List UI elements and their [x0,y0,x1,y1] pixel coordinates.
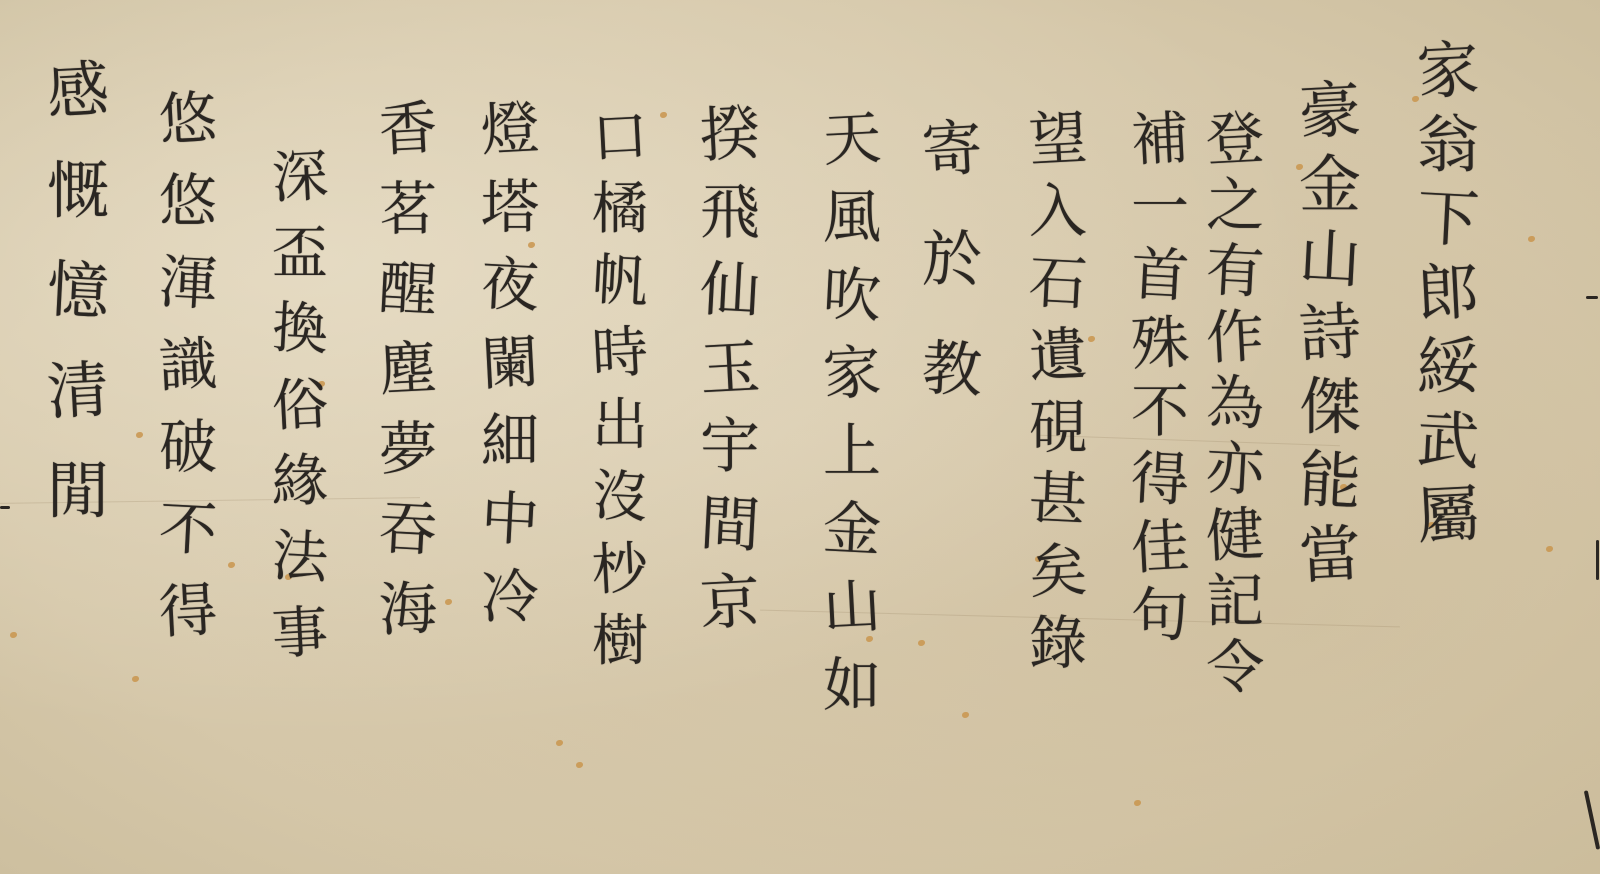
calligraphy-character: 豪 [1297,78,1362,143]
paper-speck [132,676,139,682]
calligraphy-character: 不 [158,499,219,560]
calligraphy-character: 如 [823,656,881,714]
calligraphy-character: 揆 [698,103,761,166]
edge-ink-mark [1596,540,1599,580]
calligraphy-character: 玉 [698,337,761,400]
paper-speck [918,640,925,646]
calligraphy-character: 香 [378,99,439,160]
paper-speck [445,599,452,605]
calligraphy-character: 出 [592,398,648,454]
paper-speck [10,632,17,638]
calligraphy-character: 得 [1130,449,1191,510]
calligraphy-column-3: 登之有作為亦健記令 [1206,110,1264,696]
calligraphy-character: 冷 [480,567,541,628]
calligraphy-character: 間 [698,493,761,556]
calligraphy-character: 殊 [1130,313,1191,374]
calligraphy-character: 閒 [47,460,109,522]
calligraphy-character: 感 [45,58,110,123]
calligraphy-character: 塵 [378,339,439,400]
calligraphy-character: 寄 [920,118,983,181]
calligraphy-character: 飛 [700,183,760,243]
calligraphy-character: 一 [1131,178,1189,236]
calligraphy-character: 作 [1205,307,1266,368]
calligraphy-character: 於 [922,230,982,290]
calligraphy-character: 上 [823,422,881,480]
edge-ink-mark [1586,296,1598,299]
calligraphy-column-6: 寄於教 [922,120,982,400]
calligraphy-character: 渾 [158,253,219,314]
calligraphy-character: 茗 [379,180,437,238]
calligraphy-character: 入 [1029,182,1087,240]
calligraphy-character: 詩 [1297,300,1362,365]
calligraphy-character: 憶 [45,258,110,323]
calligraphy-character: 令 [1205,637,1266,698]
calligraphy-character: 為 [1206,374,1264,432]
calligraphy-character: 錄 [1029,614,1087,672]
paper-speck [1088,336,1095,342]
calligraphy-column-10: 燈塔夜闌細中冷 [481,100,539,626]
calligraphy-character: 吞 [378,499,439,560]
calligraphy-character: 得 [158,581,219,642]
paper-speck [1546,546,1553,552]
calligraphy-character: 深 [271,149,330,208]
calligraphy-scroll: 家翁下郎綏武屬 豪金山詩傑能當 登之有作為亦健記令 補一首殊不得佳句 望入石遺硯… [0,0,1600,874]
calligraphy-column-4: 補一首殊不得佳句 [1131,110,1189,644]
paper-speck [1528,236,1535,242]
calligraphy-character: 綏 [1417,336,1479,398]
calligraphy-character: 之 [1206,176,1264,234]
calligraphy-character: 闌 [480,333,541,394]
calligraphy-character: 首 [1130,245,1191,306]
calligraphy-character: 金 [1299,154,1361,216]
calligraphy-character: 能 [1297,448,1362,513]
calligraphy-character: 家 [1415,38,1480,103]
calligraphy-character: 矣 [1028,541,1089,602]
calligraphy-character: 望 [1028,109,1089,170]
calligraphy-column-9: 口橘帆時出沒杪樹 [592,110,648,670]
calligraphy-character: 悠 [158,89,219,150]
paper-speck [228,562,235,568]
calligraphy-column-14: 感慨憶清閒 [47,60,109,522]
calligraphy-character: 破 [159,418,217,476]
calligraphy-character: 屬 [1415,482,1480,547]
paper-speck [1134,800,1141,806]
calligraphy-character: 海 [378,579,439,640]
paper-speck [556,740,563,746]
calligraphy-column-12: 深盃換俗緣法事 [272,150,328,662]
calligraphy-character: 武 [1415,408,1480,473]
calligraphy-character: 風 [823,188,881,246]
calligraphy-character: 橘 [592,182,648,238]
calligraphy-character: 慨 [47,160,109,222]
calligraphy-character: 法 [271,529,330,588]
calligraphy-character: 悠 [159,172,217,230]
paper-speck [962,712,969,718]
calligraphy-character: 夢 [379,420,437,478]
calligraphy-character: 下 [1415,186,1480,251]
calligraphy-character: 山 [822,577,883,638]
calligraphy-character: 健 [1205,505,1266,566]
calligraphy-character: 甚 [1028,469,1089,530]
calligraphy-column-8: 揆飛仙玉宇間京 [700,105,760,633]
calligraphy-character: 教 [920,338,983,401]
calligraphy-character: 不 [1131,382,1189,440]
calligraphy-character: 京 [698,571,761,634]
calligraphy-character: 佳 [1130,517,1191,578]
calligraphy-character: 遺 [1028,325,1089,386]
calligraphy-character: 醒 [378,259,439,320]
calligraphy-character: 句 [1131,586,1189,644]
calligraphy-character: 緣 [272,454,328,510]
calligraphy-column-1: 家翁下郎綏武屬 [1417,40,1479,546]
calligraphy-character: 時 [591,325,650,384]
calligraphy-character: 補 [1130,109,1191,170]
calligraphy-character: 吹 [822,265,883,326]
calligraphy-column-13: 悠悠渾識破不得 [159,90,217,640]
calligraphy-character: 中 [480,489,541,550]
calligraphy-character: 清 [45,358,110,423]
calligraphy-character: 塔 [481,178,539,236]
calligraphy-character: 細 [481,412,539,470]
calligraphy-character: 事 [271,605,330,664]
calligraphy-column-11: 香茗醒塵夢吞海 [379,100,437,638]
calligraphy-character: 沒 [591,469,650,528]
calligraphy-column-7: 天風吹家上金山如 [823,110,881,714]
calligraphy-character: 亦 [1205,439,1266,500]
calligraphy-character: 有 [1205,241,1266,302]
calligraphy-character: 俗 [271,377,330,436]
calligraphy-character: 石 [1028,253,1089,314]
calligraphy-character: 換 [271,301,330,360]
calligraphy-character: 傑 [1299,376,1361,438]
edge-ink-mark [0,506,10,509]
calligraphy-character: 宇 [700,417,760,477]
calligraphy-character: 盃 [272,226,328,282]
calligraphy-character: 登 [1205,109,1266,170]
edge-ink-mark [1584,790,1600,850]
calligraphy-character: 夜 [480,255,541,316]
calligraphy-column-5: 望入石遺硯甚矣錄 [1029,110,1087,672]
calligraphy-character: 翁 [1417,114,1479,176]
paper-speck [136,432,143,438]
paper-speck [660,112,667,118]
calligraphy-character: 金 [822,499,883,560]
calligraphy-character: 識 [158,335,219,396]
calligraphy-character: 燈 [480,99,541,160]
calligraphy-character: 天 [822,109,883,170]
calligraphy-column-2: 豪金山詩傑能當 [1299,80,1361,586]
calligraphy-character: 記 [1206,572,1264,630]
calligraphy-character: 帆 [591,253,650,312]
calligraphy-character: 家 [822,343,883,404]
calligraphy-character: 仙 [698,259,761,322]
calligraphy-character: 硯 [1029,398,1087,456]
calligraphy-character: 山 [1297,226,1362,291]
calligraphy-character: 郎 [1415,260,1480,325]
calligraphy-character: 當 [1297,522,1362,587]
paper-speck [576,762,583,768]
calligraphy-character: 口 [591,109,650,168]
calligraphy-character: 樹 [592,614,648,670]
calligraphy-character: 杪 [591,541,650,600]
